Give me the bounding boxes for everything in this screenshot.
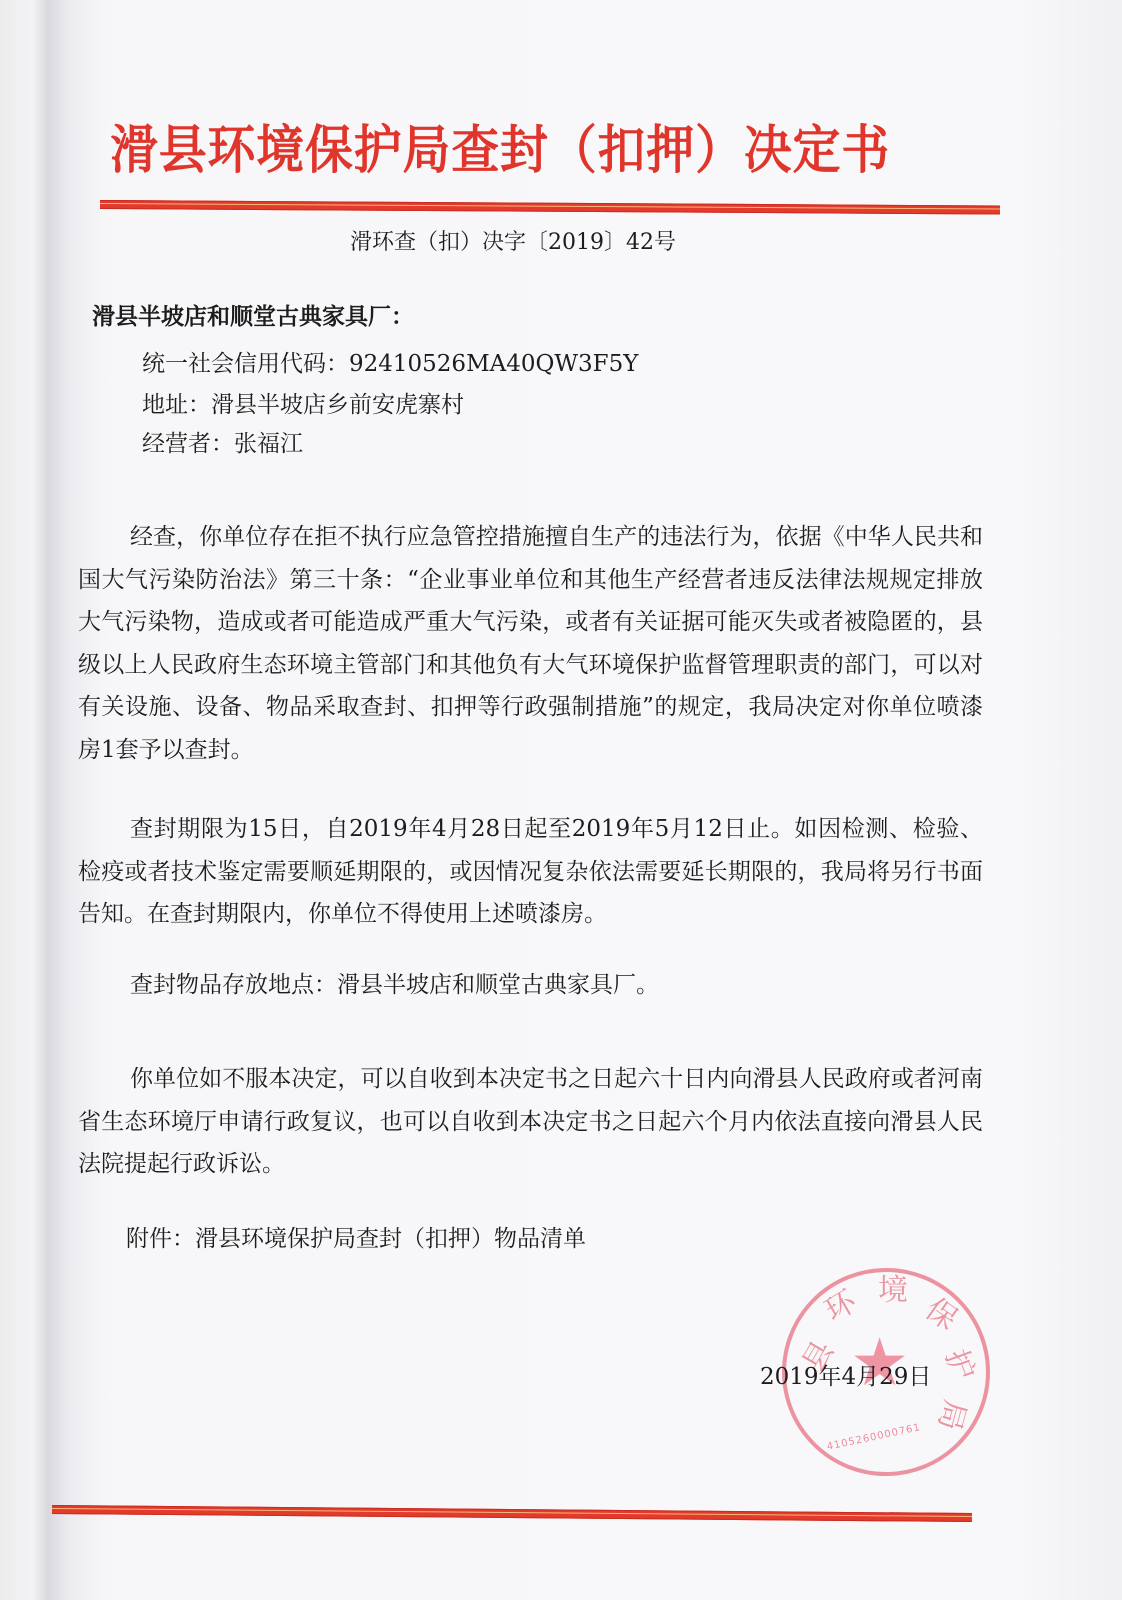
seal-char: 环 <box>821 1287 862 1328</box>
addressee: 滑县半坡店和顺堂古典家具厂： <box>92 298 414 331</box>
operator-label: 经营者： <box>142 431 234 457</box>
credit-code-label: 统一社会信用代码： <box>142 351 349 377</box>
document-number: 滑环查（扣）决字〔2019〕42号 <box>350 225 676 256</box>
operator-line: 经营者：张福江 <box>142 425 303 458</box>
credit-code-line: 统一社会信用代码：92410526MA40QW3F5Y <box>142 345 638 378</box>
seal-char: 局 <box>933 1397 970 1434</box>
attachment-line: 附件：滑县环境保护局查封（扣押）物品清单 <box>126 1220 586 1253</box>
operator-value: 张福江 <box>234 431 303 457</box>
paragraph-appeal-rights: 你单位如不服本决定，可以自收到本决定书之日起六十日内向滑县人民政府或者河南省生态… <box>78 1058 983 1186</box>
seal-char: 护 <box>940 1346 978 1384</box>
paragraph-storage-location: 查封物品存放地点：滑县半坡店和顺堂古典家具厂。 <box>78 964 983 1007</box>
seal-char: 境 <box>878 1276 908 1306</box>
scan-left-edge <box>0 0 48 1600</box>
paragraph-seal-period: 查封期限为15日，自2019年4月28日起至2019年5月12日止。如因检测、检… <box>78 808 983 936</box>
address-label: 地址： <box>142 392 211 418</box>
document-title: 滑县环境保护局查封（扣押）决定书 <box>110 108 938 183</box>
address-line: 地址：滑县半坡店乡前安虎寨村 <box>142 386 464 419</box>
paragraph-violation: 经查，你单位存在拒不执行应急管控措施擅自生产的违法行为，依据《中华人民共和国大气… <box>78 516 983 771</box>
address-value: 滑县半坡店乡前安虎寨村 <box>211 392 464 418</box>
credit-code-value: 92410526MA40QW3F5Y <box>349 351 638 377</box>
issue-date: 2019年4月29日 <box>760 1358 931 1391</box>
seal-code: 4105260000761 <box>826 1422 922 1453</box>
seal-char: 保 <box>920 1294 962 1336</box>
